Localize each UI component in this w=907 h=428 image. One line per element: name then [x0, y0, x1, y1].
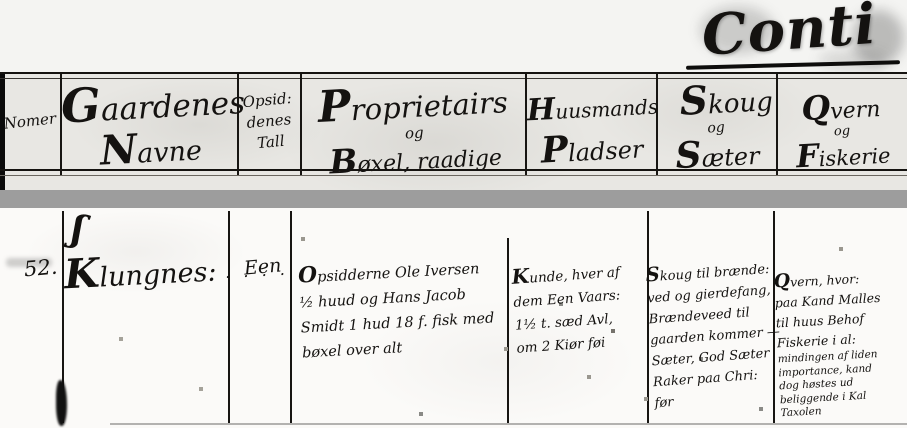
record-cell-huusmands-pladser: Kunde, hver af dem Een Vaars: 1½ t. sæd … [511, 256, 655, 360]
record-cell-proprietairs: Opsidderne Ole Iversen ½ huud og Hans Ja… [297, 253, 514, 367]
pen-flourish-glyph: ʃ [69, 207, 87, 250]
ink-blot [56, 380, 67, 426]
column-header-huusmands-pladser: Huusmands Pladser [526, 89, 656, 171]
record-opsiddernes-tall: Een [243, 254, 282, 279]
record-cell-qvern-fiskerie: Qvern, hvor: paa Kand Malles til huus Be… [773, 265, 907, 421]
column-header-label: Skoug [656, 77, 774, 124]
record-row-band: 52. ʃ Klungnes: . . . . . Een Opsidderne… [0, 208, 907, 428]
header-bottom-rule-inner [0, 175, 907, 176]
scanned-register-page: Conti Nomer Gaardenes Navne Opsid: denes… [0, 0, 907, 428]
table-header-band: Nomer Gaardenes Navne Opsid: denes Tall … [0, 72, 907, 190]
record-number: 52. [23, 255, 58, 282]
column-header-label: Pladser [528, 126, 656, 170]
column-header-skoug-saeter: Skoug og Sæter [656, 77, 777, 176]
record-bottom-rule [110, 423, 907, 425]
column-header-label: Nomer [1, 111, 58, 133]
header-column-divider [300, 74, 302, 175]
header-top-rule [0, 72, 907, 74]
section-separator-band [0, 190, 907, 208]
column-header-label: Gaardenes [60, 73, 237, 131]
column-header-opsiddernes-tall: Opsid: denes Tall [237, 88, 300, 156]
record-cell-skoug-saeter: Skoug til brænde: ved og gierdefang, Bræ… [645, 256, 781, 414]
column-header-proprietairs: Proprietairs og Bøxel, raadige [303, 74, 526, 181]
column-header-label: Fiskerie [779, 135, 907, 175]
paper-specks [0, 208, 2, 210]
column-header-qvern-fiskerie: Qvern og Fiskerie [777, 87, 907, 175]
farm-name-text: Klungnes: [64, 256, 218, 295]
column-header-label: Sæter [659, 133, 777, 177]
page-top-margin: Conti [0, 0, 907, 72]
column-header-gaardenes-navne: Gaardenes Navne [60, 73, 240, 173]
column-header-nomer: Nomer [1, 111, 58, 133]
column-header-label: Huusmands [526, 89, 653, 127]
